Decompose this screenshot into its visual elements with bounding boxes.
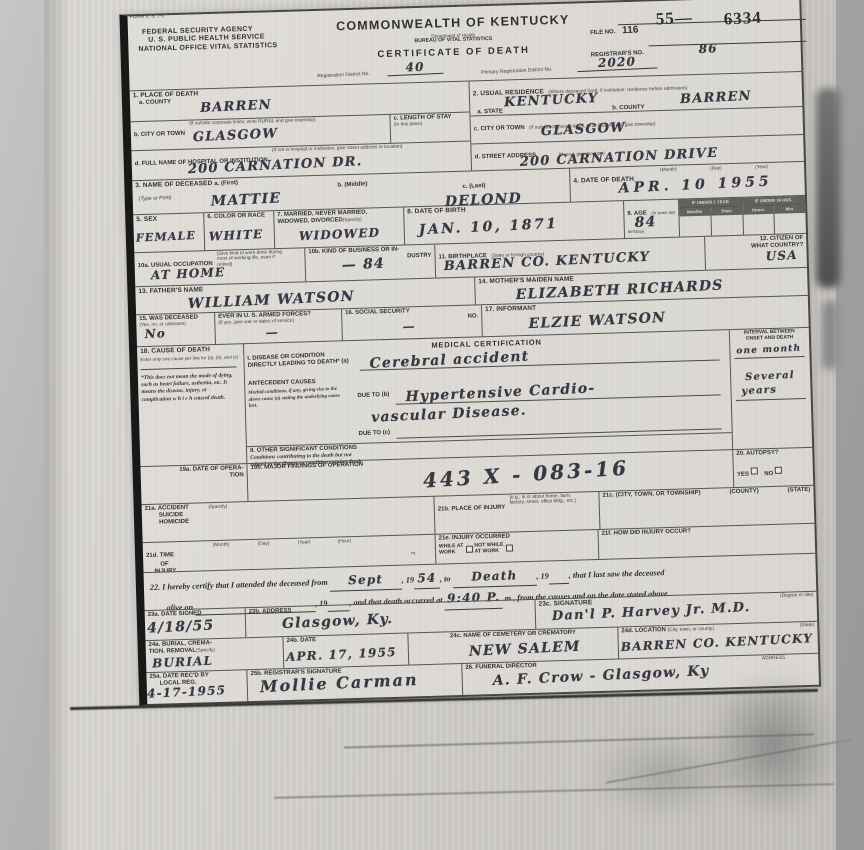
dod-year-label: (Year) xyxy=(755,165,768,171)
due-to-b-label: DUE TO (b) xyxy=(357,392,389,400)
dod-value: APR. 10 1955 xyxy=(618,174,773,197)
ssn-cell: 16. SOCIAL SECURITY NO. — xyxy=(341,305,482,340)
sex-label: 5. SEX xyxy=(136,214,200,224)
cause-of-death-margin-cell: 18. CAUSE OF DEATH Enter only one cause … xyxy=(137,344,246,466)
city-note: (If outside corporate limits, write RURA… xyxy=(189,118,319,127)
reg-district-label: Registration District No. xyxy=(317,72,370,80)
occupation-note: (Give kind of work done during most of w… xyxy=(217,250,287,268)
autopsy-yes-label: YES xyxy=(737,472,749,478)
scanned-photo: FORM V. S. 7½ FEDERAL SECURITY AGENCY U.… xyxy=(0,0,864,850)
date-received-value: 4-17-1955 xyxy=(147,683,227,701)
injury-location-cell: 21c. (CITY, TOWN, OR TOWNSHIP) (COUNTY) … xyxy=(598,486,814,529)
res-city-value: GLASGOW xyxy=(541,120,627,139)
ssn-value: — xyxy=(402,319,416,334)
burial-date-value: APR. 17, 1955 xyxy=(286,645,397,664)
marital-cell: 7. MARRIED, NEVER MARRIED, WIDOWED, DIVO… xyxy=(273,207,404,248)
scan-smudge xyxy=(584,730,744,820)
interval-b-value-1: Several xyxy=(745,370,795,383)
sex-cell: 5. SEX FEMALE xyxy=(133,213,204,252)
cause-note-2: *This does not mean the mode of dying, s… xyxy=(141,372,242,404)
autopsy-no-label: NO xyxy=(764,471,773,477)
margin-divider xyxy=(141,366,237,370)
age-value: 84 xyxy=(634,214,657,231)
location-label: 24d. LOCATION xyxy=(621,627,666,634)
name-sub: (Type or Print) xyxy=(139,196,172,203)
armed-forces-value: No xyxy=(144,326,166,341)
days-col: Days xyxy=(711,207,743,236)
injury-county-label: (COUNTY) xyxy=(729,488,759,496)
file-no-label: FILE NO. xyxy=(590,29,616,37)
days-label: Days xyxy=(711,207,742,216)
dod-day-label: (Day) xyxy=(710,166,722,172)
citizen-value: USA xyxy=(765,248,798,263)
res-city-label: c. CITY OR TOWN xyxy=(474,125,525,132)
race-label: 6. COLOR OR RACE xyxy=(207,212,270,221)
form-number: FORM V. S. 7½ xyxy=(129,14,164,21)
armed-forces-value-2: — xyxy=(265,325,279,340)
length-of-stay-cell: c. LENGTH OF STAY (In this place) xyxy=(389,112,470,143)
under-24-hrs-cols: Hours Min. xyxy=(743,205,806,235)
not-while-at-work-checkbox xyxy=(505,545,512,552)
date-signed-value: 4/18/55 xyxy=(147,618,215,637)
under-1-year-group: IF UNDER 1 YEAR Months Days xyxy=(679,198,743,237)
burial-date-cell: 24b. DATE APR. 17, 1955 xyxy=(282,634,408,669)
date-of-operation-cell: 19a. DATE OF OPERA- TION xyxy=(140,464,247,504)
date-signed-cell: 23a. DATE SIGNED 4/18/55 xyxy=(145,608,246,640)
toi-hour: (Hour) xyxy=(338,539,352,545)
citizen-cell: 12. CITIZEN OF WHAT COUNTRY? USA xyxy=(704,234,807,270)
hospital-note: (If not in hospital or institution, give… xyxy=(272,145,412,154)
file-no-underline xyxy=(618,19,806,25)
date-received-cell: 25a. DATE REC'D BY LOCAL REG. 4-17-1955 xyxy=(146,670,247,704)
last-name-label: c. (Last) xyxy=(462,183,485,191)
hours-col: Hours xyxy=(743,206,776,235)
middle-name-label: b. (Middle) xyxy=(337,181,367,189)
dob-cell: 8. DATE OF BIRTH JAN. 10, 1871 xyxy=(403,201,624,244)
location-note: (City, town, or county) xyxy=(668,627,714,633)
interval-b-value-2: years xyxy=(741,384,777,397)
registrar-signature-cell: 25b. REGISTRAR'S SIGNATURE Mollie Carman xyxy=(246,664,462,701)
location-state-label: (State) xyxy=(800,623,815,630)
scan-shadow-band xyxy=(822,300,838,370)
under-1-year-cols: Months Days xyxy=(679,207,742,237)
autopsy-cell: 20. AUTOPSY? YES NO xyxy=(732,448,813,487)
primary-district-label: Primary Registration District No. xyxy=(481,68,552,77)
operation-date-label-2: TION xyxy=(144,472,244,482)
informant-value: ELZIE WATSON xyxy=(528,310,666,332)
toi-day: (Day) xyxy=(258,541,270,547)
toi-year: (Year) xyxy=(298,540,311,546)
under-24-hrs-group: IF UNDER 24 HRS. Hours Min. xyxy=(741,196,806,235)
interval-a-value: one month xyxy=(736,344,801,357)
cemetery-location-value: BARREN CO. KENTUCKY xyxy=(621,631,814,654)
certify-number: 22. xyxy=(150,583,160,592)
cemetery-value: NEW SALEM xyxy=(469,639,581,660)
age-cell: 9. AGE (In years last birthday) 84 xyxy=(623,200,679,239)
first-name-label: a. (First) xyxy=(214,180,238,188)
morbid-note: Morbid conditions, if any, giving rise t… xyxy=(248,386,347,410)
city-label: b. CITY OR TOWN xyxy=(134,130,185,137)
attended-from-value: Sept xyxy=(348,572,383,587)
autopsy-no-checkbox xyxy=(775,467,782,474)
place-of-injury-label: 21b. PLACE OF INJURY xyxy=(438,505,506,513)
place-of-death-block: 1. PLACE OF DEATH a. COUNTY BARREN b. CI… xyxy=(130,82,471,181)
agency-block: FEDERAL SECURITY AGENCY U. S. PUBLIC HEA… xyxy=(142,25,278,54)
race-value: WHITE xyxy=(209,227,264,244)
while-at-work-checkbox xyxy=(465,546,472,553)
certify-p5: , that I last saw the deceased xyxy=(569,568,665,580)
armed-forces-right-cell: EVER IN U. S. ARMED FORCES? (If yes, giv… xyxy=(214,309,342,344)
min-label: Min. xyxy=(774,205,805,214)
place-of-injury-note: (e.g., in or about home, farm, factory, … xyxy=(509,494,579,507)
injury-city-label: 21c. (CITY, TOWN, OR TOWNSHIP) xyxy=(602,490,700,500)
interval-column: INTERVAL BETWEEN ONSET AND DEATH one mon… xyxy=(729,328,812,449)
not-while-at-work-label-2: AT WORK xyxy=(474,548,499,555)
min-col: Min. xyxy=(774,205,806,234)
interval-b-rule xyxy=(736,398,806,401)
attended-to-value: Death xyxy=(471,568,517,583)
medical-main-cell: MEDICAL CERTIFICATION I. DISEASE OR COND… xyxy=(243,330,732,463)
injury-occurred-cell: 21e. INJURY OCCURRED WHILE ATWORK NOT WH… xyxy=(435,530,599,564)
cause-b-value-2: vascular Disease. xyxy=(371,403,527,426)
marital-note: (Specify) xyxy=(343,218,362,224)
attended-from-year-value: 54 xyxy=(417,571,437,586)
reg-district-value: 40 xyxy=(387,59,444,77)
occupation-cell: 10a. USUAL OCCUPATION (Give kind of work… xyxy=(134,248,305,286)
scan-shadow-band xyxy=(816,88,840,288)
place-of-injury-cell: 21b. PLACE OF INJURY (e.g., in or about … xyxy=(433,492,599,534)
race-cell: 6. COLOR OR RACE WHITE xyxy=(203,211,274,250)
county-value: BARREN xyxy=(200,98,272,116)
a-tag: (a) xyxy=(341,358,349,364)
months-label: Months xyxy=(679,208,710,217)
certify-p3: , to xyxy=(440,574,451,583)
marital-label-2: WIDOWED, DIVORCED xyxy=(277,217,342,225)
armed-forces-left-cell: 15. WAS DECEASED (Yes, no, or unknown) N… xyxy=(136,313,215,346)
dod-month-label: (Month) xyxy=(660,167,677,173)
age-subtable: IF UNDER 1 YEAR Months Days IF UNDER 24 … xyxy=(678,196,806,237)
burial-date-label: 24b. DATE xyxy=(286,635,404,645)
months-col: Months xyxy=(679,208,712,237)
city-value: GLASGOW xyxy=(193,126,279,145)
autopsy-label: 20. AUTOPSY? xyxy=(736,449,809,458)
burial-cell: 24a. BURIAL, CREMA- TION, REMOVAL(Specif… xyxy=(145,637,283,672)
file-stamp-number: 6334 xyxy=(723,8,762,30)
hours-label: Hours xyxy=(743,206,774,215)
registrar-no-underline xyxy=(649,41,807,47)
dob-value: JAN. 10, 1871 xyxy=(418,216,558,238)
funeral-director-address-label: ADDRESS xyxy=(762,656,785,664)
sex-value: FEMALE xyxy=(136,229,197,245)
certificate-paper: FORM V. S. 7½ FEDERAL SECURITY AGENCY U.… xyxy=(44,0,836,850)
time-of-injury-label: 21d. TIME xyxy=(146,552,174,559)
row-medical-certification: 18. CAUSE OF DEATH Enter only one cause … xyxy=(137,327,812,466)
file-no-value: 116 xyxy=(622,25,639,38)
interval-a-rule xyxy=(735,356,805,359)
first-name-value: MATTIE xyxy=(210,190,281,209)
autopsy-yes-checkbox xyxy=(751,468,758,475)
title-block: COMMONWEALTH OF KENTUCKY Department of H… xyxy=(308,12,599,63)
certify-p1: I hereby certify that I attended the dec… xyxy=(162,578,328,592)
while-at-work-label-2: WORK xyxy=(439,549,456,555)
cause-a-value: Cerebral accident xyxy=(369,349,530,372)
due-to-c-label: DUE TO (c) xyxy=(358,430,390,438)
occupation-value: AT HOME xyxy=(151,265,226,282)
injury-state-label: (STATE) xyxy=(788,487,811,495)
burial-value: BURIAL xyxy=(152,654,214,671)
usual-residence-block: 2. USUAL RESIDENCE (Where deceased lived… xyxy=(469,72,804,171)
certify-p2: , 19 xyxy=(402,575,415,584)
accident-note: (Specify) xyxy=(208,505,227,511)
toi-month: (Month) xyxy=(213,542,230,548)
signature-note: (Degree or title) xyxy=(780,593,814,602)
marital-value: WIDOWED xyxy=(299,225,381,243)
toi-m-suffix: m. xyxy=(411,551,417,557)
primary-district-value: 2020 xyxy=(577,53,658,72)
certify-p4: , 19 xyxy=(536,571,549,580)
business-value: — 84 xyxy=(341,256,385,274)
file-stamp-prefix: 55— xyxy=(655,8,693,30)
business-cell: 10b. KIND OF BUSINESS OR IN- DUSTRY — 84 xyxy=(304,245,435,282)
death-certificate-form: FORM V. S. 7½ FEDERAL SECURITY AGENCY U.… xyxy=(119,0,821,706)
